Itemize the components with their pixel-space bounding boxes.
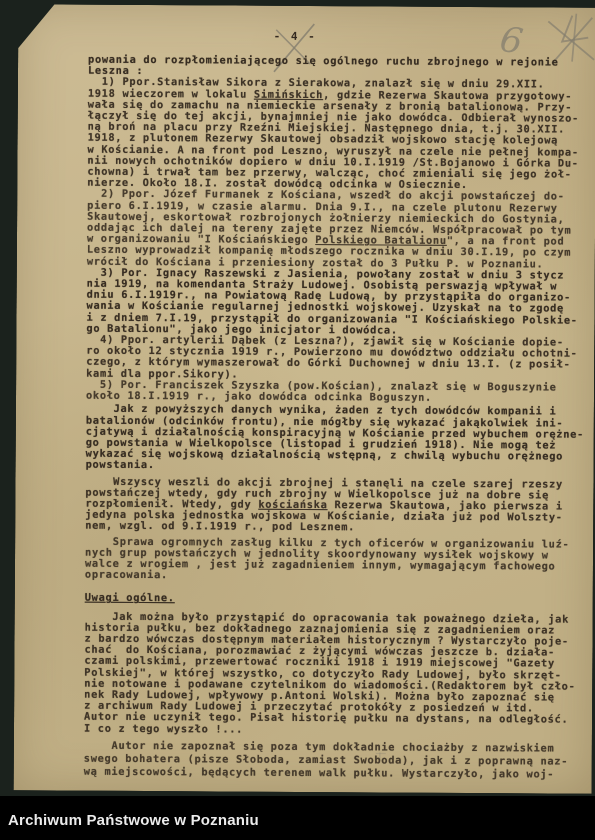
archive-watermark-bar: Archiwum Państwowe w Poznaniu xyxy=(0,796,595,840)
typed-line: powstania. xyxy=(86,460,595,474)
typed-line: wą miejscowości, będących terenem walk p… xyxy=(84,765,595,781)
typed-text: powania do rozpłomieniającego się ogólne… xyxy=(84,55,595,782)
scan-background: - 4 - 6 powania do rozpłomieniającego si… xyxy=(0,0,595,840)
typed-line: I co z tego wyszło !... xyxy=(84,723,595,737)
archive-name-label: Archiwum Państwowe w Poznaniu xyxy=(8,812,259,829)
document-page: - 4 - 6 powania do rozpłomieniającego si… xyxy=(14,4,595,794)
paragraph: Sprawa ogromnych zasług kilku z tych ofi… xyxy=(85,536,595,584)
paragraph: 5) Por. Franciszek Szyszka (pow.Kościan)… xyxy=(86,380,595,406)
paragraph: Jak można było przystąpić do opracowania… xyxy=(84,611,595,737)
paragraph: Autor nie zapoznał się poza tym dokładni… xyxy=(84,739,595,781)
paragraph: 1) Ppor.Stanisław Sikora z Sierakowa, zn… xyxy=(87,77,595,192)
typed-line: Uwagi ogólne. xyxy=(85,593,595,607)
paragraph: Uwagi ogólne. xyxy=(85,593,595,607)
typed-line: nem, wzgl. od 9.I.1919 r., pod Lesznem. xyxy=(85,521,595,535)
paragraph: Jak z powyższych danych wynika, żaden z … xyxy=(86,404,595,474)
paragraph: 4) Ppor. artylerii Dąbek (z Leszna?), zj… xyxy=(86,335,595,383)
paragraph: 2) Ppor. Józef Furmanek z Kościana, wsze… xyxy=(87,189,595,271)
paragraph: 3) Por. Ignacy Raszewski z Jasienia, pow… xyxy=(86,268,595,338)
paragraph: Wszyscy weszli do akcji zbrojnej i stanę… xyxy=(85,476,595,535)
typed-line: opracowania. xyxy=(85,570,595,584)
